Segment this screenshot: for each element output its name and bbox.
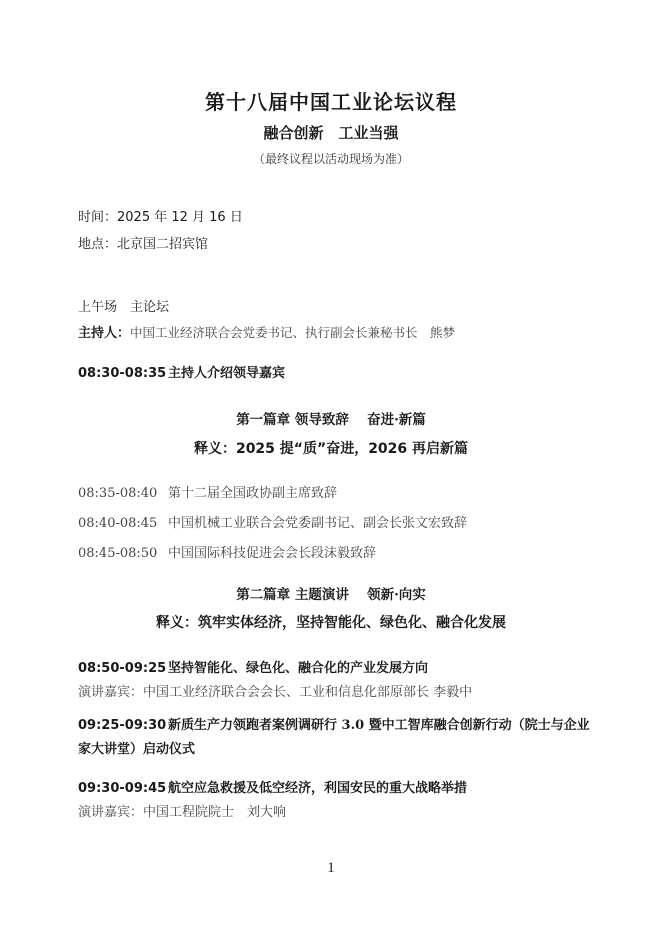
page-note: （最终议程以活动现场为准） xyxy=(0,150,662,167)
item-speaker: 演讲嘉宾：中国工程院院士 刘大响 xyxy=(78,801,286,820)
host-label: 主持人： xyxy=(78,326,130,341)
agenda-item-opening: 08:30-08:35主持人介绍领导嘉宾 xyxy=(78,362,285,381)
chapter1-gloss: 释义：2025 提“质”奋进，2026 再启新篇 xyxy=(0,438,662,458)
agenda-item: 08:35-08:40第十二届全国政协副主席致辞 xyxy=(78,482,337,501)
item-title: 中国国际科技促进会会长段沫毅致辞 xyxy=(168,546,376,561)
item-time: 08:35-08:40 xyxy=(78,486,168,501)
page-title: 第十八届中国工业论坛议程 xyxy=(0,86,662,115)
session-name: 上午场 主论坛 xyxy=(78,296,169,315)
chapter2-gloss: 释义：筑牢实体经济，坚持智能化、绿色化、融合化发展 xyxy=(0,612,662,632)
item-time: 08:40-08:45 xyxy=(78,516,168,531)
item-time: 08:50-09:25 xyxy=(78,661,168,676)
item-time: 09:25-09:30 xyxy=(78,714,168,738)
agenda-item: 09:30-09:45航空应急救援及低空经济，利国安民的重大战略举措 xyxy=(78,777,467,796)
item-speaker: 演讲嘉宾：中国工业经济联合会会长、工业和信息化部原部长 李毅中 xyxy=(78,681,472,700)
page-subtitle: 融合创新 工业当强 xyxy=(0,122,662,143)
agenda-item: 09:25-09:30新质生产力领跑者案例调研行 3.0 暨中工智库融合创新行动… xyxy=(78,714,598,762)
item-title: 第十二届全国政协副主席致辞 xyxy=(168,486,337,501)
item-title: 主持人介绍领导嘉宾 xyxy=(168,366,285,381)
agenda-item: 08:45-08:50中国国际科技促进会会长段沫毅致辞 xyxy=(78,542,376,561)
item-time: 08:45-08:50 xyxy=(78,546,168,561)
chapter1-heading: 第一篇章 领导致辞 奋进·新篇 xyxy=(0,408,662,428)
item-title: 坚持智能化、绿色化、融合化的产业发展方向 xyxy=(168,661,428,676)
chapter2-heading: 第二篇章 主题演讲 领新·向实 xyxy=(0,583,662,603)
event-time: 时间：2025 年 12 月 16 日 xyxy=(78,206,243,225)
page-number: 1 xyxy=(0,860,662,877)
host-value: 中国工业经济联合会党委书记、执行副会长兼秘书长 熊梦 xyxy=(130,325,455,340)
agenda-item: 08:50-09:25坚持智能化、绿色化、融合化的产业发展方向 xyxy=(78,657,428,676)
item-title: 中国机械工业联合会党委副书记、副会长张文宏致辞 xyxy=(168,516,467,531)
event-place: 地点：北京国二招宾馆 xyxy=(78,233,208,252)
item-title: 航空应急救援及低空经济，利国安民的重大战略举措 xyxy=(168,781,467,796)
item-time: 08:30-08:35 xyxy=(78,366,168,381)
agenda-item: 08:40-08:45中国机械工业联合会党委副书记、副会长张文宏致辞 xyxy=(78,512,467,531)
item-time: 09:30-09:45 xyxy=(78,781,168,796)
session-host: 主持人：中国工业经济联合会党委书记、执行副会长兼秘书长 熊梦 xyxy=(78,322,455,341)
